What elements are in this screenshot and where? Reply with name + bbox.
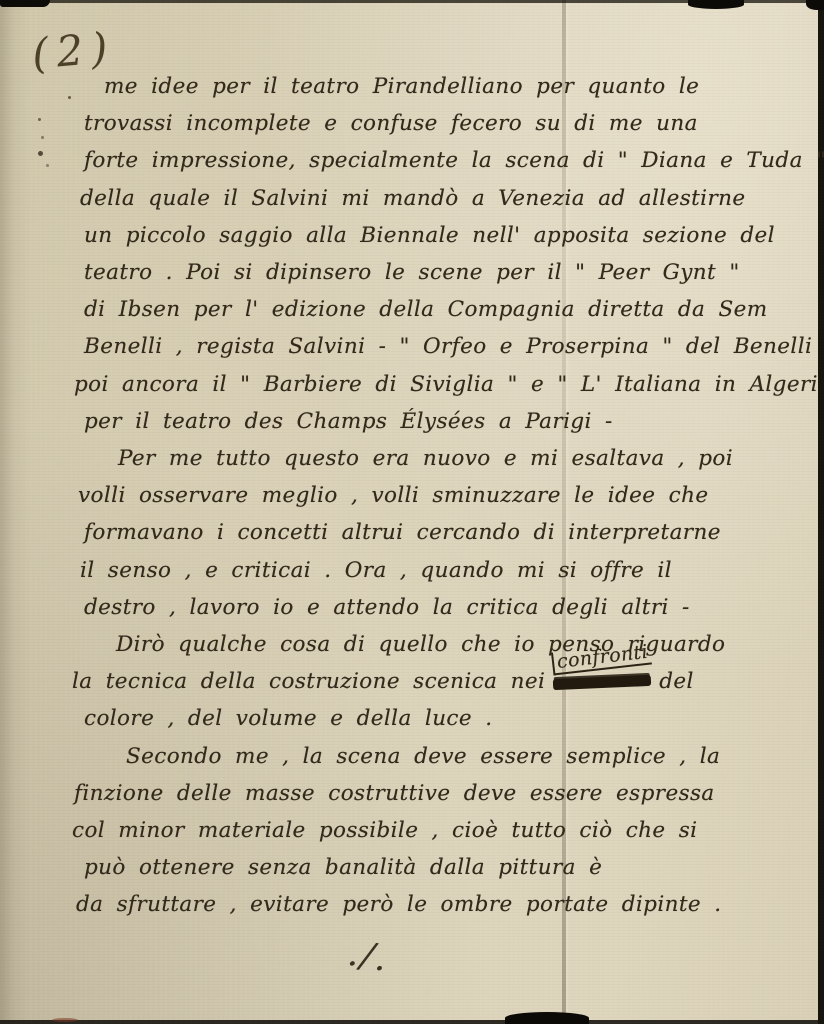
text-line: colore , del volume e della luce . <box>84 700 772 737</box>
text-line: teatro . Poi si dipinsero le scene per i… <box>84 254 772 291</box>
correction-suffix: del <box>659 669 694 694</box>
text-line: può ottenere senza banalità dalla pittur… <box>84 849 772 886</box>
scan-artifact-bottom-middle <box>505 1012 589 1024</box>
scribble-strikethrough: confronti <box>553 675 651 690</box>
text-line: il senso , e criticai . Ora , quando mi … <box>80 552 772 589</box>
text-line: poi ancora il " Barbiere di Siviglia " e… <box>74 366 772 403</box>
text-line: me idee per il teatro Pirandelliano per … <box>104 68 772 105</box>
text-line-with-correction: la tecnica della costruzione scenica nei… <box>72 663 772 700</box>
scan-artifact-top-left <box>0 0 50 7</box>
text-line: volli osservare meglio , volli sminuzzar… <box>78 477 772 514</box>
text-line: per il teatro des Champs Élysées a Parig… <box>84 403 772 440</box>
text-line: da sfruttare , evitare però le ombre por… <box>76 886 772 923</box>
scan-artifact-top-middle <box>688 0 744 9</box>
continuation-mark: ./. <box>345 933 393 980</box>
text-line: formavano i concetti altrui cercando di … <box>84 514 772 551</box>
text-line paragraph-start: Dirò qualche cosa di quello che io penso… <box>116 626 772 663</box>
scan-smudge-bottom-left <box>52 1018 78 1022</box>
text-line: finzione delle masse costruttive deve es… <box>74 775 772 812</box>
ink-specks <box>38 118 41 121</box>
text-line: destro , lavoro io e attendo la critica … <box>84 589 772 626</box>
text-line paragraph-start: Secondo me , la scena deve essere sempli… <box>126 738 772 775</box>
correction-prefix: la tecnica della costruzione scenica nei <box>72 669 545 694</box>
scanned-manuscript-page: (2) me idee per il teatro Pirandelliano … <box>0 0 824 1024</box>
manuscript-text: me idee per il teatro Pirandelliano per … <box>72 68 772 924</box>
scan-artifact-top-right <box>806 0 824 10</box>
text-line: della quale il Salvini mi mandò a Venezi… <box>80 180 772 217</box>
text-line: trovassi incomplete e confuse fecero su … <box>84 105 772 142</box>
text-line: Benelli , regista Salvini - " Orfeo e Pr… <box>84 328 772 365</box>
text-line paragraph-start: Per me tutto questo era nuovo e mi esalt… <box>118 440 772 477</box>
text-line: di Ibsen per l' edizione della Compagnia… <box>84 291 772 328</box>
text-line: forte impressione, specialmente la scena… <box>84 142 772 179</box>
scan-edge-bottom <box>0 1020 824 1024</box>
text-line: col minor materiale possibile , cioè tut… <box>72 812 772 849</box>
text-line: un piccolo saggio alla Biennale nell' ap… <box>84 217 772 254</box>
